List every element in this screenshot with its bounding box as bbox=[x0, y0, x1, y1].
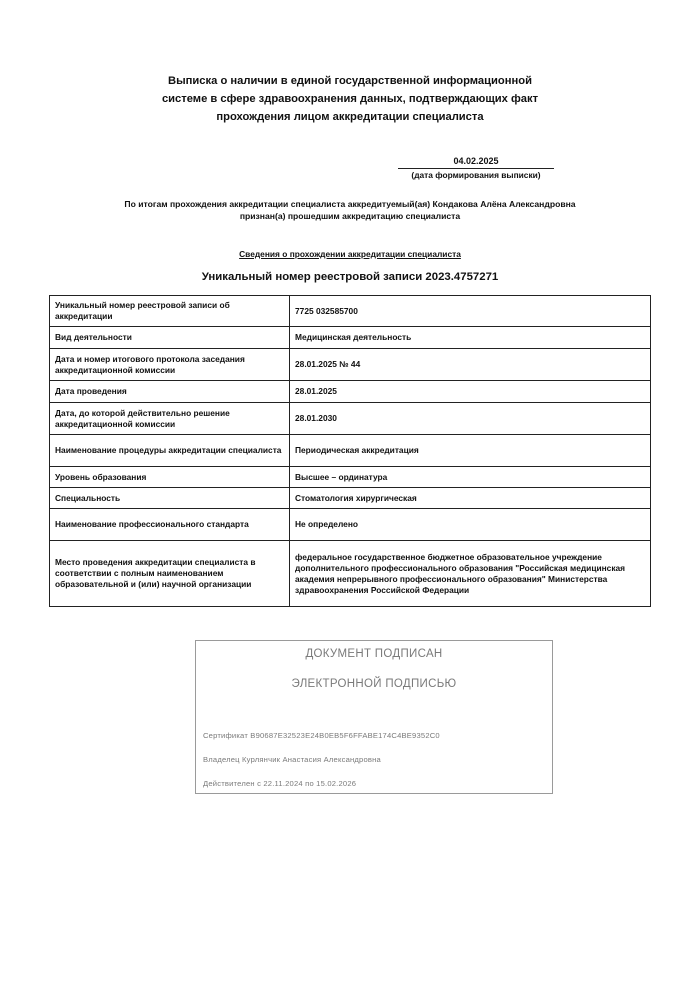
row-value: Медицинская деятельность bbox=[290, 327, 651, 349]
stamp-title-line: ЭЛЕКТРОННОЙ ПОДПИСЬЮ bbox=[196, 678, 552, 690]
row-label: Наименование процедуры аккредитации спец… bbox=[50, 435, 290, 467]
issue-date-caption: (дата формирования выписки) bbox=[396, 169, 556, 181]
table-row: Место проведения аккредитации специалист… bbox=[50, 541, 651, 607]
row-label: Дата и номер итогового протокола заседан… bbox=[50, 349, 290, 381]
row-label: Наименование профессионального стандарта bbox=[50, 509, 290, 541]
accreditation-details-table: Уникальный номер реестровой записи об ак… bbox=[49, 295, 651, 607]
table-row: Дата проведения 28.01.2025 bbox=[50, 381, 651, 403]
issue-date-block: 04.02.2025 (дата формирования выписки) bbox=[396, 155, 556, 181]
row-label: Специальность bbox=[50, 488, 290, 509]
title-line: системе в сфере здравоохранения данных, … bbox=[100, 90, 600, 108]
table-row: Наименование процедуры аккредитации спец… bbox=[50, 435, 651, 467]
table-row: Специальность Стоматология хирургическая bbox=[50, 488, 651, 509]
row-label: Дата проведения bbox=[50, 381, 290, 403]
row-value: 28.01.2025 № 44 bbox=[290, 349, 651, 381]
stamp-title-line: ДОКУМЕНТ ПОДПИСАН bbox=[196, 648, 552, 660]
row-label: Вид деятельности bbox=[50, 327, 290, 349]
result-line: По итогам прохождения аккредитации специ… bbox=[60, 198, 640, 210]
title-line: прохождения лицом аккредитации специалис… bbox=[100, 108, 600, 126]
row-label: Дата, до которой действительно решение а… bbox=[50, 403, 290, 435]
document-title: Выписка о наличии в единой государственн… bbox=[100, 72, 600, 126]
table-row: Вид деятельности Медицинская деятельност… bbox=[50, 327, 651, 349]
document-page: Выписка о наличии в единой государственн… bbox=[0, 0, 700, 1000]
row-value: Не определено bbox=[290, 509, 651, 541]
table-row: Дата, до которой действительно решение а… bbox=[50, 403, 651, 435]
stamp-validity: Действителен с 22.11.2024 по 15.02.2026 bbox=[203, 779, 356, 788]
row-label: Уровень образования bbox=[50, 467, 290, 488]
title-line: Выписка о наличии в единой государственн… bbox=[100, 72, 600, 90]
row-value: Периодическая аккредитация bbox=[290, 435, 651, 467]
stamp-certificate: Сертификат B90687E32523E24B0EB5F6FFABE17… bbox=[203, 731, 440, 740]
result-line: признан(а) прошедшим аккредитацию специа… bbox=[60, 210, 640, 222]
issue-date: 04.02.2025 bbox=[396, 155, 556, 167]
stamp-owner: Владелец Курлянчик Анастасия Александров… bbox=[203, 755, 381, 764]
row-value: федеральное государственное бюджетное об… bbox=[290, 541, 651, 607]
accreditation-result: По итогам прохождения аккредитации специ… bbox=[60, 198, 640, 222]
row-value: 28.01.2030 bbox=[290, 403, 651, 435]
table-row: Наименование профессионального стандарта… bbox=[50, 509, 651, 541]
row-label: Уникальный номер реестровой записи об ак… bbox=[50, 296, 290, 327]
table-row: Уровень образования Высшее – ординатура bbox=[50, 467, 651, 488]
table-row: Уникальный номер реестровой записи об ак… bbox=[50, 296, 651, 327]
row-value: 28.01.2025 bbox=[290, 381, 651, 403]
record-number-heading: Уникальный номер реестровой записи 2023.… bbox=[100, 271, 600, 283]
row-value: Высшее – ординатура bbox=[290, 467, 651, 488]
table-row: Дата и номер итогового протокола заседан… bbox=[50, 349, 651, 381]
row-label: Место проведения аккредитации специалист… bbox=[50, 541, 290, 607]
section-heading: Сведения о прохождении аккредитации спец… bbox=[150, 249, 550, 259]
row-value: Стоматология хирургическая bbox=[290, 488, 651, 509]
row-value: 7725 032585700 bbox=[290, 296, 651, 327]
electronic-signature-stamp: ДОКУМЕНТ ПОДПИСАН ЭЛЕКТРОННОЙ ПОДПИСЬЮ С… bbox=[195, 640, 553, 794]
